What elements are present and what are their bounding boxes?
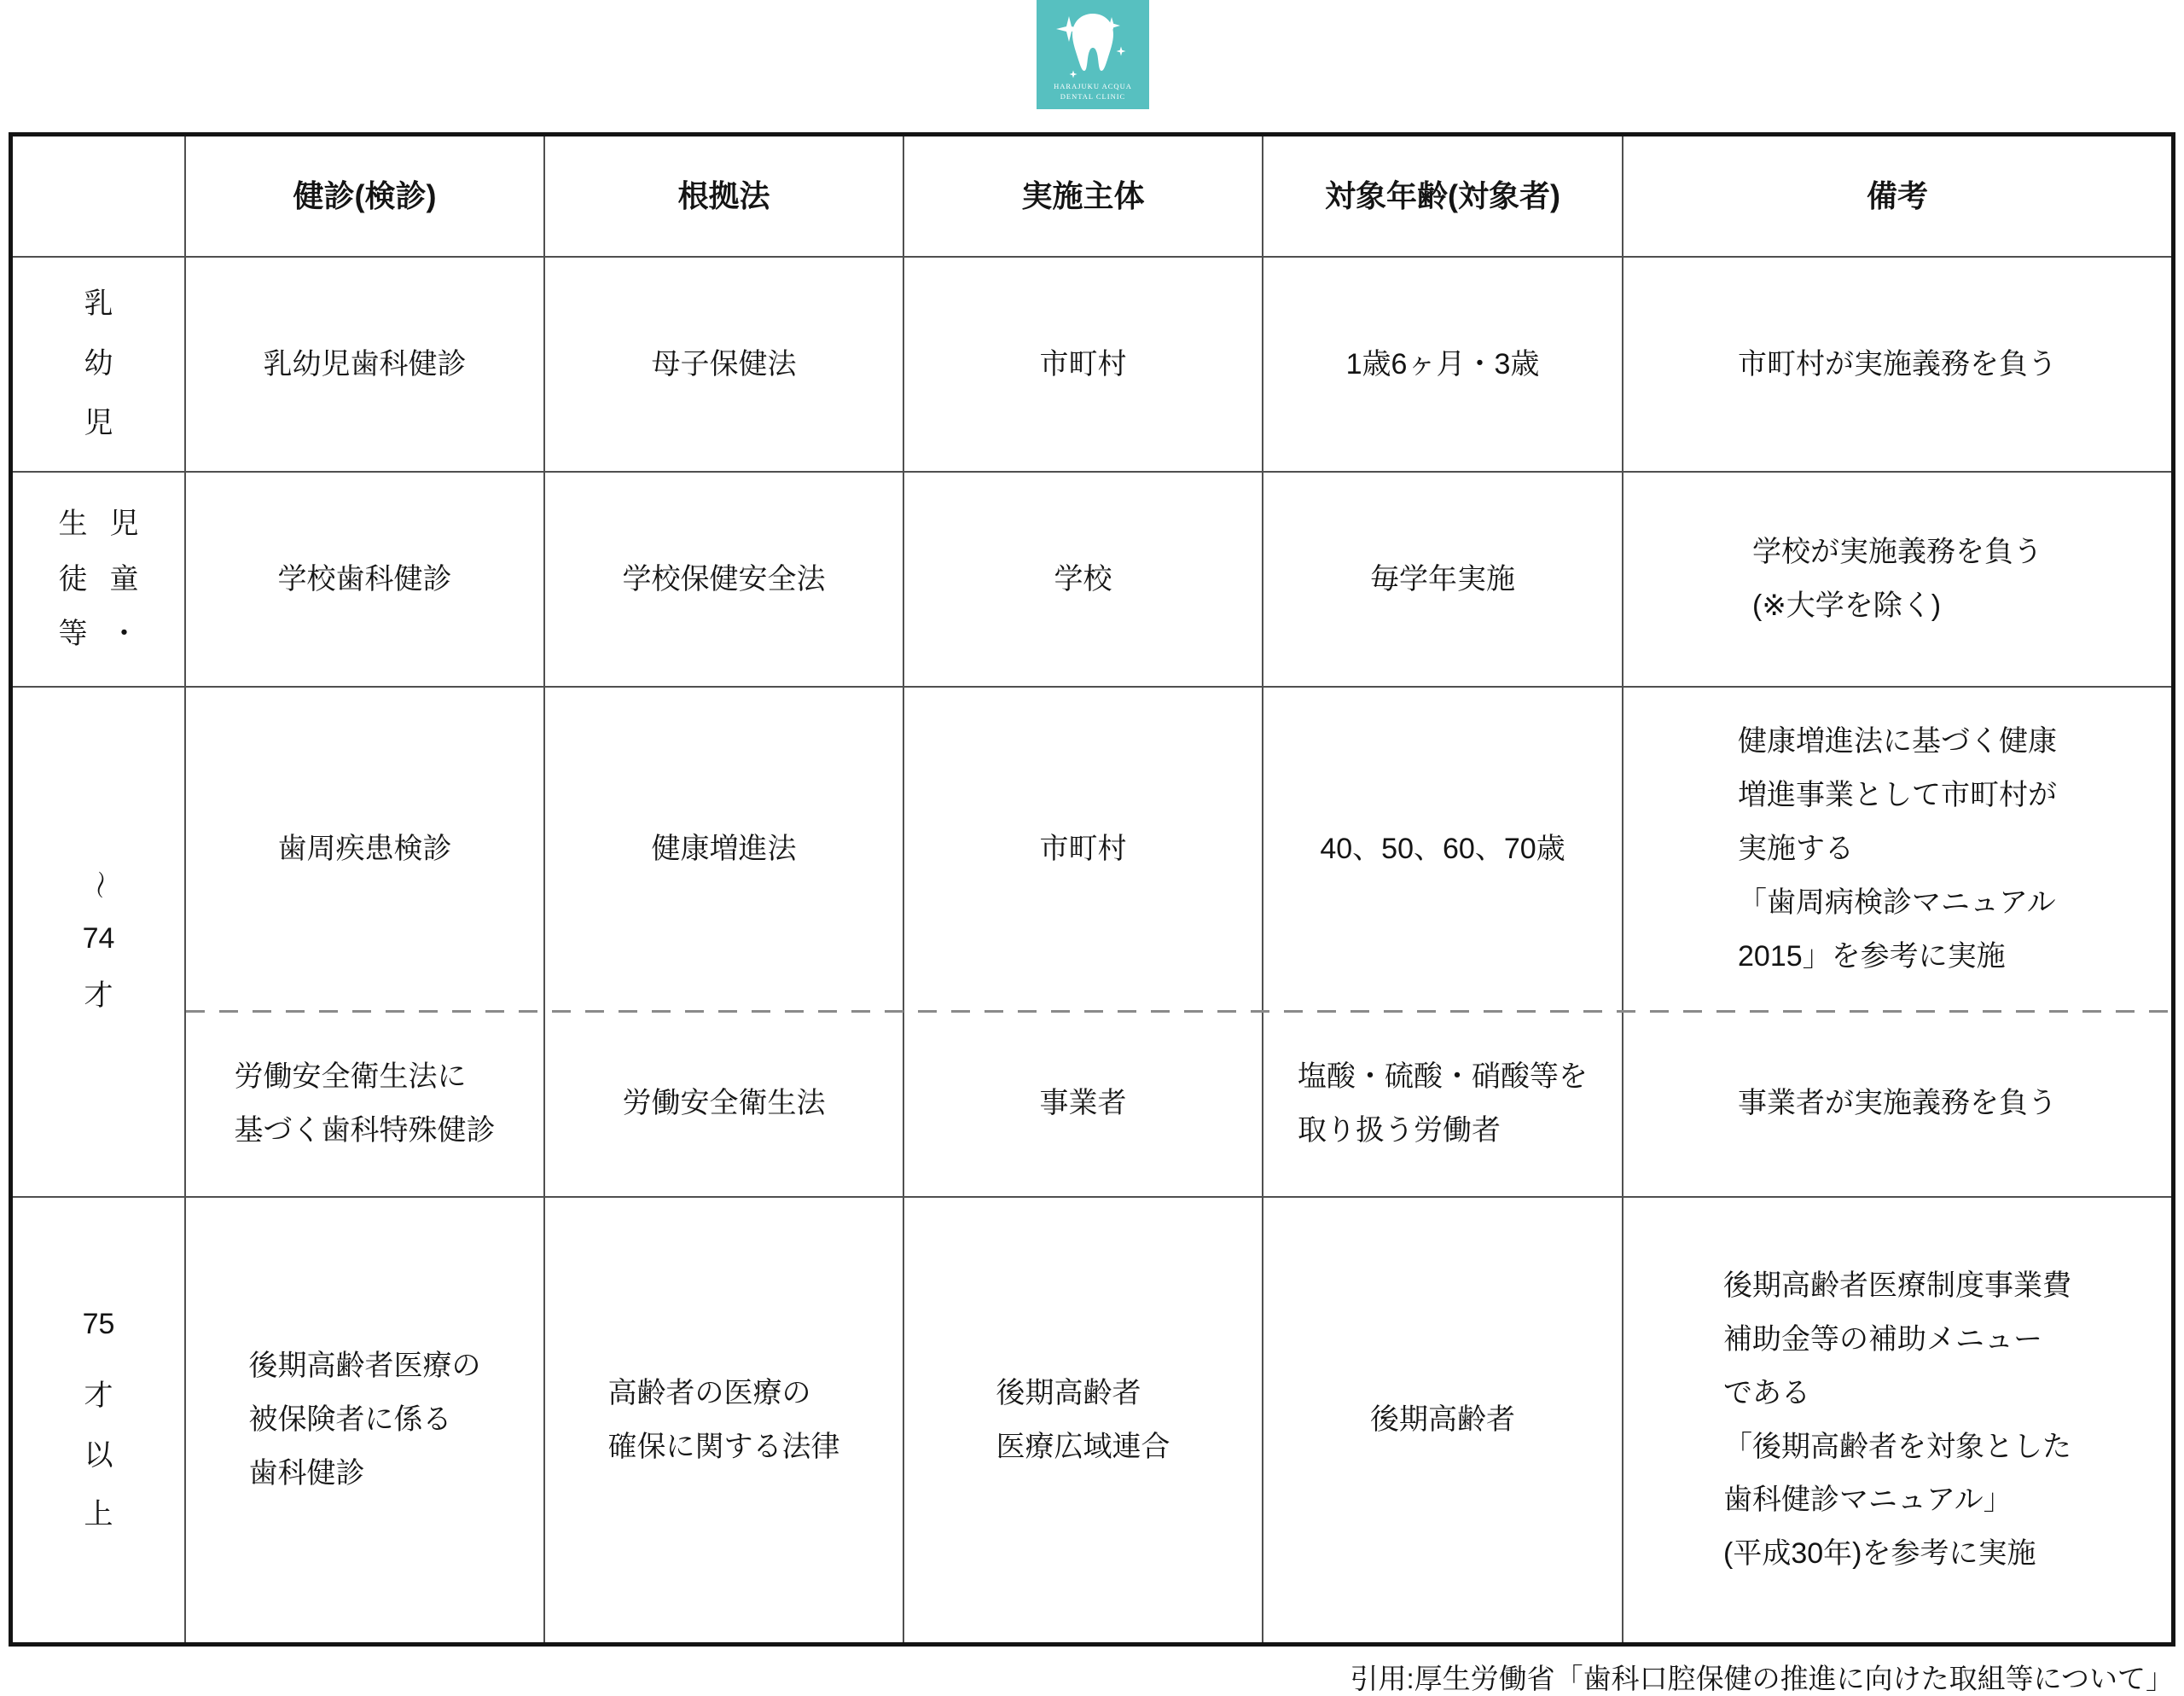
row-category-over75: 75 才 以 上 [13, 1198, 186, 1642]
cell-infant-implementer: 市町村 [904, 258, 1263, 473]
dental-checkup-table: 健診(検診) 根拠法 実施主体 対象年齢(対象者) 備考 乳 幼 児 乳幼児歯科… [9, 132, 2175, 1647]
header-implementer: 実施主体 [904, 136, 1263, 258]
cell-over75-target: 後期高齢者 [1263, 1198, 1623, 1642]
cell-over75-law: 高齢者の医療の 確保に関する法律 [545, 1198, 904, 1642]
cell-student-checkup: 学校歯科健診 [186, 473, 545, 688]
cell-infant-target: 1歳6ヶ月・3歳 [1263, 258, 1623, 473]
cell-periodontal-remarks-text: 健康増進法に基づく健康 増進事業として市町村が 実施する 「歯周病検診マニュアル… [1738, 715, 2057, 983]
category-over75-suffix: 才 以 上 [84, 1367, 113, 1545]
cell-occupational-implementer: 事業者 [904, 1011, 1263, 1198]
clinic-name-line1: HARAJUKU ACQUA [1054, 82, 1132, 90]
cell-periodontal-target: 40、50、60、70歳 [1263, 688, 1623, 1011]
cell-over75-law-text: 高齢者の医療の 確保に関する法律 [608, 1367, 840, 1474]
cell-over75-remarks: 後期高齢者医療制度事業費 補助金等の補助メニュー である 「後期高齢者を対象とし… [1623, 1198, 2171, 1642]
cell-occupational-target: 塩酸・硫酸・硝酸等を 取り扱う労働者 [1263, 1011, 1623, 1198]
dashed-subrow-divider [186, 1010, 2171, 1013]
cell-over75-remarks-text: 後期高齢者医療制度事業費 補助金等の補助メニュー である 「後期高齢者を対象とし… [1723, 1259, 2071, 1581]
cell-infant-law: 母子保健法 [545, 258, 904, 473]
header-target: 対象年齢(対象者) [1263, 136, 1623, 258]
cell-occupational-target-text: 塩酸・硫酸・硝酸等を 取り扱う労働者 [1298, 1050, 1588, 1158]
cell-student-target: 毎学年実施 [1263, 473, 1623, 688]
cell-occupational-checkup: 労働安全衛生法に 基づく歯科特殊健診 [186, 1011, 545, 1198]
category-under74-suffix: 才 [84, 979, 113, 1014]
cell-student-remarks-text: 学校が実施義務を負う (※大学を除く) [1752, 526, 2042, 633]
header-remarks: 備考 [1623, 136, 2171, 258]
tooth-logo-graphic: HARAJUKU ACQUA DENTAL CLINIC [1037, 0, 1149, 109]
cell-over75-implementer: 後期高齢者 医療広域連合 [904, 1198, 1263, 1642]
header-law: 根拠法 [545, 136, 904, 258]
header-checkup: 健診(検診) [186, 136, 545, 258]
header-corner-empty [13, 136, 186, 258]
cell-infant-checkup: 乳幼児歯科健診 [186, 258, 545, 473]
row-category-student: 児 童 ・ 生 徒 等 [13, 473, 186, 688]
cell-over75-checkup-text: 後期高齢者医療の 被保険者に係る 歯科健診 [249, 1339, 481, 1501]
tooth-icon [1072, 14, 1113, 71]
row-category-infant: 乳 幼 児 [13, 258, 186, 473]
clinic-logo: HARAJUKU ACQUA DENTAL CLINIC [1037, 0, 1149, 109]
cell-occupational-remarks: 事業者が実施義務を負う [1623, 1011, 2171, 1198]
sparkle-icon [1117, 47, 1126, 56]
cell-student-law: 学校保健安全法 [545, 473, 904, 688]
category-under74-tilde: 〜 [84, 870, 113, 899]
sparkle-icon [1070, 71, 1077, 78]
cell-over75-checkup: 後期高齢者医療の 被保険者に係る 歯科健診 [186, 1198, 545, 1642]
category-over75-number: 75 [83, 1295, 115, 1355]
cell-student-implementer: 学校 [904, 473, 1263, 688]
clinic-name-line2: DENTAL CLINIC [1060, 92, 1125, 101]
cell-over75-implementer-text: 後期高齢者 医療広域連合 [996, 1367, 1170, 1474]
cell-occupational-checkup-text: 労働安全衛生法に 基づく歯科特殊健診 [235, 1050, 496, 1158]
cell-infant-remarks-text: 市町村が実施義務を負う [1738, 338, 2057, 392]
cell-periodontal-remarks: 健康増進法に基づく健康 増進事業として市町村が 実施する 「歯周病検診マニュアル… [1623, 688, 2171, 1011]
cell-infant-remarks: 市町村が実施義務を負う [1623, 258, 2171, 473]
cell-periodontal-checkup: 歯周疾患検診 [186, 688, 545, 1011]
cell-periodontal-implementer: 市町村 [904, 688, 1263, 1011]
category-student-right-column: 児 童 ・ [110, 497, 139, 662]
cell-student-remarks: 学校が実施義務を負う (※大学を除く) [1623, 473, 2171, 688]
row-category-under74: 〜 74 才 [13, 688, 186, 1198]
cell-occupational-law: 労働安全衛生法 [545, 1011, 904, 1198]
cell-periodontal-law: 健康増進法 [545, 688, 904, 1011]
category-under74-number: 74 [83, 921, 115, 956]
category-student-left-column: 生 徒 等 [59, 497, 88, 662]
source-citation: 引用:厚生労働省「歯科口腔保健の推進に向けた取組等について」 [1350, 1657, 2174, 1696]
